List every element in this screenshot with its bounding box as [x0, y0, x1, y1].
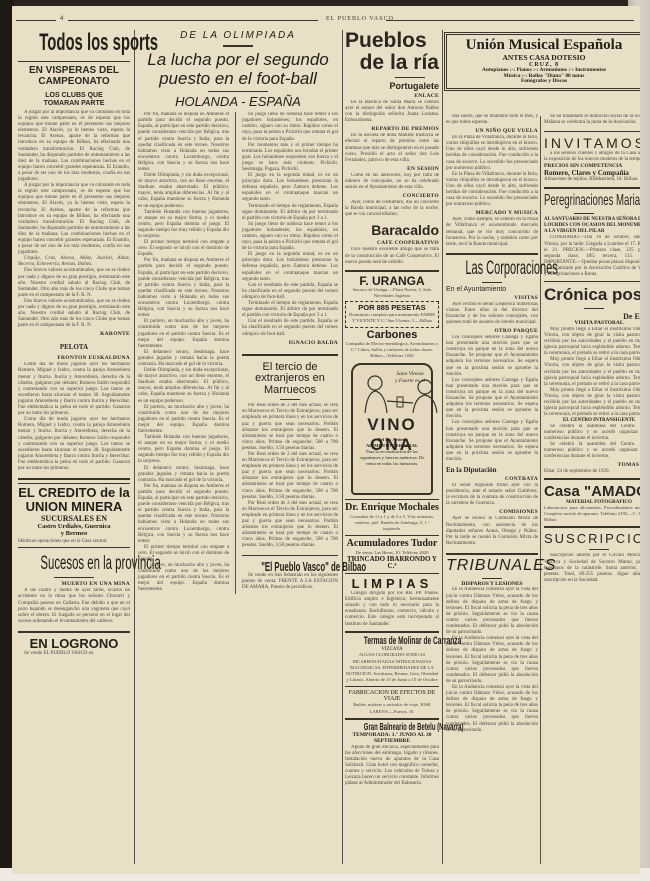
- comisiones-body: Ayer se reunió la Comisión Mixta de Recl…: [446, 516, 538, 546]
- masthead: EL PUEBLO VASCO: [326, 16, 394, 22]
- headline: La lucha por el segundo puesto en el foo…: [138, 50, 338, 88]
- column-corporaciones: una suerte, que se mantiene todo el mes,…: [446, 114, 538, 866]
- pelota-subheading: FRONTON EUSKALDUNA: [18, 355, 130, 361]
- logrono-body: Se vende EL PUEBLO VASCO en: [18, 651, 130, 657]
- section-title-line-2: de la ría: [345, 52, 439, 74]
- subheading-cafe: CAFE COOPERATIVO: [345, 240, 439, 246]
- text-top: una suerte, que se mantiene todo el mes,…: [446, 114, 538, 126]
- article-body-left: Por fin, mañana se disputa en Amberes el…: [138, 112, 229, 593]
- subheading-contrata: CONTRATA: [446, 476, 538, 482]
- betelu-title: Gran Balneario de Betelu (Navarra): [364, 723, 420, 734]
- byline: KARONTE: [18, 331, 130, 337]
- dateline: Eibar, 24 de septiembre de 1920.: [544, 469, 640, 475]
- baracaldo-title: Baracaldo: [345, 222, 439, 238]
- headline: EN VISPERAS DEL CAMPEONATO: [18, 65, 130, 87]
- uranga-body: Sucesor de Uranga.—Plaza Nueva, 3. Solo …: [345, 287, 439, 299]
- enlace-body: En la Basílica de Santa María se celebró…: [345, 100, 439, 124]
- parque-body: Los concejales señores Careaga y Egaña h…: [446, 335, 538, 463]
- viela-body: En la Plaza de Villafranca, durante la f…: [446, 135, 538, 208]
- text-top: Se ha trasladado el domicilio social de …: [544, 114, 640, 126]
- peregrinaciones-body: ITINERARIO.—Día 16 de octubre, salida de…: [544, 235, 640, 278]
- kicker: DE LA OLIMPIADA: [138, 31, 338, 42]
- column-pueblos: Pueblos de la ría Portugalete ENLACE En …: [345, 30, 439, 866]
- tercio-title: El tercio de extranjeros en Marruecos: [242, 362, 338, 397]
- tribunales-title: TRIBUNALES: [446, 558, 538, 575]
- subheading-visitas: VISITAS: [446, 295, 538, 301]
- invitamos-addr: Almacenes de tejidos. Bidebarrieta, 18. …: [544, 177, 640, 183]
- tercio-body: Por Real orden de 2 del mes actual, se c…: [242, 403, 338, 549]
- cronica-title: Crónica postal: [544, 285, 640, 305]
- pueblo-vasco-ad-body: Se vende en San Sebastián en los siguien…: [242, 573, 338, 591]
- sucesos-subheading: MUERTO EN UNA MINA: [18, 581, 130, 587]
- pelota-body: Como día de moda jugaron ayer los herman…: [18, 362, 130, 472]
- incendio-body: Se celebró la asamblea del Centro. Asist…: [544, 424, 640, 461]
- article-body-right: Su juego lleno de nobleza hace temer a l…: [242, 112, 338, 337]
- ad-vino-ona: Sano Vinoso y Fuerte es el VINO ONA Del …: [351, 363, 433, 495]
- amado-body: Laboratorios para aficionados. Procedimi…: [544, 505, 640, 523]
- visitas-body: Ayer recibió el señor Lequerica numerosa…: [446, 302, 538, 326]
- betelu-body: Aguas de gran eficacia, especialmente pa…: [345, 745, 439, 788]
- concierto-body: Ayer, como de costumbre, dio un conciert…: [345, 200, 439, 218]
- subhead: LOS CLUBS QUE TOMARAN PARTE: [30, 92, 118, 108]
- invitamos-body: a los señores clientes y amigos de la Ca…: [544, 151, 640, 163]
- betelu-season: TEMPORADA: 1.º JUNIO AL 30 SEPTIEMBRE: [345, 733, 439, 745]
- doctor-body: Consultas de 11 a 1 y de 3 a 5. Vías uri…: [345, 514, 439, 532]
- corporaciones-title: Las Corporaciones: [465, 259, 518, 279]
- section-title: Todos los sports: [39, 30, 108, 55]
- molinar-body: AGUAS CLORURADO SODICAS BICARBONATADAS N…: [345, 652, 439, 682]
- fabrica-body: Baúles, maletas y artículos de viaje. JO…: [345, 702, 439, 714]
- carbones-body: Compañía de Electro-metalúrgica, Arrenda…: [345, 341, 439, 359]
- tudor-title: Acumuladores Tudor: [345, 539, 439, 550]
- premios-body: En la escuela de doña Matilde Irastorza …: [345, 133, 439, 163]
- uranga-title: F. URANGA: [345, 275, 439, 288]
- amado-title: Casa "AMADO": [544, 483, 640, 500]
- invitamos-firm: Romero, Clares y Compañía: [544, 169, 640, 177]
- peregrinaciones-subheading: AL SANTUARIO DE NUESTRA SEÑORA DE LOURDE…: [544, 217, 640, 235]
- section-title-line-1: Pueblos: [345, 30, 439, 52]
- sesion-body: Como en las anteriores, hoy por falta de…: [345, 173, 439, 191]
- newspaper-page: 4 EL PUEBLO VASCO Todos los sports EN VI…: [12, 6, 640, 874]
- invitamos-title: INVITAMOS: [544, 135, 640, 151]
- page-number: 4: [60, 16, 63, 22]
- subheading-concierto: CONCIERTO: [345, 193, 439, 199]
- pueblo-vasco-ad-title: "El Pueblo Vasco" de Bilbao: [261, 560, 319, 574]
- mercado-body: Ayer, como siempre, se celebró en la Pla…: [446, 217, 538, 247]
- tudor-firm: TRINCADO IBARRONDO Y C.ª: [345, 556, 439, 571]
- sucesos-body: A las cuatro y media de ayer tarde, ocur…: [18, 588, 130, 625]
- article-body: A juzgar por la importancia que va cobra…: [18, 110, 130, 329]
- suscripcion-body: Suscripción abierta por el Círculo Merca…: [544, 553, 640, 583]
- limpias-title: LIMPIAS: [345, 577, 439, 591]
- subheading-parque: OTRO PARQUE: [446, 328, 538, 334]
- diputacion-subheading: En la Diputación: [446, 466, 538, 474]
- subhead: HOLANDA - ESPAÑA: [138, 95, 338, 109]
- subheading-viela: UN NIÑO QUE VUELA: [446, 128, 538, 134]
- subheading-mercado: MERCADO Y MUSICA: [446, 210, 538, 216]
- byline: IGNACIO BALDA: [242, 340, 338, 346]
- column-olimpiada: DE LA OLIMPIADA La lucha por el segundo …: [138, 30, 338, 866]
- fabrica-title: FABRICACION DE EFECTOS DE VIAJE: [345, 690, 439, 703]
- subheading-comisiones: COMISIONES: [446, 509, 538, 515]
- carbones-title: Carbones: [345, 330, 439, 342]
- pelota-heading: PELOTA: [18, 343, 130, 351]
- suscripcion-title: SUSCRIPCION: [544, 531, 640, 546]
- molinar-title: Termas de Molinar de Carranza: [364, 636, 420, 648]
- ayuntamiento-subheading: En el Ayuntamiento: [446, 286, 538, 293]
- folio-line: 4 EL PUEBLO VASCO: [16, 16, 630, 24]
- visita-body: Muy pronto llegó a Eibar el ilustrísimo …: [544, 327, 640, 418]
- logrono-title: EN LOGRONO: [18, 637, 130, 651]
- sucesos-title: Sucesos en la provincia: [40, 554, 107, 574]
- ad-credito-union-minera: EL CREDITO de la UNION MINERA SUCURSALES…: [18, 483, 130, 548]
- column-sports: Todos los sports EN VISPERAS DEL CAMPEON…: [18, 30, 130, 866]
- doctor-title: Dr. Enrique Mochales: [345, 503, 439, 514]
- section-subtitle: Portugalete: [345, 81, 439, 91]
- subheading-sesion: EN SESION: [345, 166, 439, 172]
- limpias-body: Colegio dirigido por los RR. PP. Paules.…: [345, 591, 439, 628]
- tribunales-body: En la Audiencia comenzó ayer la vista de…: [446, 587, 538, 733]
- ad-union-musical: Unión Musical Española ANTES CASA DOTESI…: [446, 34, 640, 89]
- peregrinaciones-title: Peregrinaciones Marianas: [544, 192, 610, 210]
- column-cronica: Se ha trasladado el domicilio social de …: [544, 114, 640, 866]
- byline: TOMAS MAS: [544, 462, 640, 468]
- subheading-premios: REPARTO DE PREMIOS: [345, 126, 439, 132]
- ad-pesetas: POR 885 PESETAS Dormitorio completo para…: [345, 301, 439, 327]
- contrata-body: El señor Arguinde firmó ayer con la pres…: [446, 483, 538, 507]
- subheading-enlace: ENLACE: [345, 93, 439, 99]
- cafe-body: Dice nuestro excelente amigo que se trat…: [345, 247, 439, 265]
